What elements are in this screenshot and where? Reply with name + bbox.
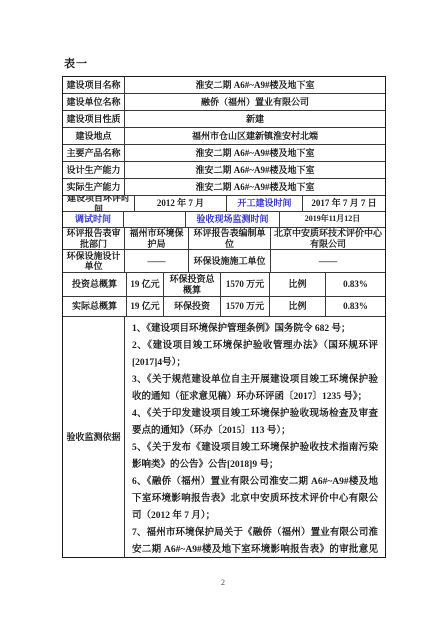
row-value: 淮安二期 A6#~A9#楼及地下室 <box>125 162 385 178</box>
eia-time-value: 2012 年 7 月 <box>135 196 227 211</box>
table-row-eia-time: 建设项目环评时间 2012 年 7 月 开工建设时间 2017 年 7 月 7 … <box>63 196 385 212</box>
env-budget-value: 1570 万元 <box>221 273 270 296</box>
ratio-label: 比例 <box>270 297 326 316</box>
table-row-facility-units: 环保设施设计单位 —— 环保设施施工单位 —— <box>63 250 385 273</box>
construction-unit-value: —— <box>271 250 385 272</box>
table-row-budget-estimate: 投资总概算 19 亿元 环保投资总概算 1570 万元 比例 0.83% <box>63 273 385 297</box>
table-row-main-product: 主要产品名称 淮安二期 A6#~A9#楼及地下室 <box>63 145 385 162</box>
basis-item: 4、《关于印发建设项目竣工环境保护验收现场检查及审查要点的通知》（环办〔2015… <box>132 406 378 440</box>
approval-dept-label: 环评报告表审批部门 <box>63 228 125 249</box>
row-value: 淮安二期 A6#~A9#楼及地下室 <box>125 179 385 195</box>
row-label: 设计生产能力 <box>63 162 125 178</box>
acceptance-monitor-time-label: 验收现场监测时间 <box>186 212 280 227</box>
design-unit-value: —— <box>125 250 189 272</box>
table-title: 表一 <box>64 55 88 71</box>
row-label: 建设地点 <box>63 128 125 144</box>
total-budget-value: 19 亿元 <box>127 273 164 296</box>
basis-item: 6、《融侨（福州）置业有限公司淮安二期 A6#~A9#楼及地下室环境影响报告表》… <box>132 474 378 525</box>
table-row-project-nature: 建设项目性质 新建 <box>63 111 385 128</box>
table-row-location: 建设地点 福州市仓山区建新镇淮安村北端 <box>63 128 385 145</box>
total-budget-label: 投资总概算 <box>63 273 127 296</box>
debug-time-value <box>124 212 186 227</box>
table-row-budget-actual: 实际总概算 19 亿元 环保投资 1570 万元 比例 0.83% <box>63 297 385 317</box>
ratio-value: 0.83% <box>326 297 385 316</box>
table-row-acceptance-basis: 验收监测依据 1、《建设项目环境保护管理条例》国务院令 682 号； 2、《建设… <box>63 317 385 557</box>
acceptance-monitor-time-value: 2019年11月12日 <box>280 212 385 227</box>
basis-item: 3、《关于规范建设单位自主开展建设项目竣工环境保护验收的通知（征求意见稿）环办环… <box>132 372 378 406</box>
row-value: 融侨（福州）置业有限公司 <box>125 94 385 110</box>
actual-budget-label: 实际总概算 <box>63 297 127 316</box>
basis-item: 7、福州市环境保护局关于《融侨（福州）置业有限公司淮安二期 A6#~A9#楼及地… <box>132 525 378 557</box>
row-value: 新建 <box>125 111 385 127</box>
row-value: 淮安二期 A6#~A9#楼及地下室 <box>125 145 385 161</box>
row-label: 建设项目名称 <box>63 77 125 93</box>
debug-time-label: 调试时间 <box>63 212 124 227</box>
env-invest-value: 1570 万元 <box>221 297 270 316</box>
row-label: 实际生产能力 <box>63 179 125 195</box>
acceptance-basis-label: 验收监测依据 <box>63 317 125 557</box>
ratio-value: 0.83% <box>326 273 385 296</box>
report-compiler-label: 环评报告表编制单位 <box>189 228 271 249</box>
design-unit-label: 环保设施设计单位 <box>63 250 125 272</box>
env-invest-label: 环保投资 <box>164 297 221 316</box>
eia-time-label: 建设项目环评时间 <box>63 196 135 211</box>
basis-item: 1、《建设项目环境保护管理条例》国务院令 682 号； <box>132 321 378 338</box>
row-label: 主要产品名称 <box>63 145 125 161</box>
table-row-monitor-time: 调试时间 验收现场监测时间 2019年11月12日 <box>63 212 385 228</box>
actual-budget-value: 19 亿元 <box>127 297 164 316</box>
project-info-table: 建设项目名称 淮安二期 A6#~A9#楼及地下室 建设单位名称 融侨（福州）置业… <box>62 76 386 558</box>
basis-item: 5、《关于发布《建设项目竣工环境保护验收技术指南污染影响类》的公告》公告[201… <box>132 440 378 474</box>
table-row-agencies: 环评报告表审批部门 福州市环境保护局 环评报告表编制单位 北京中安质环技术评价中… <box>63 228 385 250</box>
acceptance-basis-list: 1、《建设项目环境保护管理条例》国务院令 682 号； 2、《建设项目竣工环境保… <box>125 317 385 557</box>
page-number: 2 <box>0 578 446 587</box>
construction-unit-label: 环保设施施工单位 <box>189 250 271 272</box>
construction-start-value: 2017 年 7 月 7 日 <box>303 196 385 211</box>
construction-start-label: 开工建设时间 <box>227 196 303 211</box>
document-page: 表一 建设项目名称 淮安二期 A6#~A9#楼及地下室 建设单位名称 融侨（福州… <box>0 0 446 630</box>
table-row-unit-name: 建设单位名称 融侨（福州）置业有限公司 <box>63 94 385 111</box>
row-value: 福州市仓山区建新镇淮安村北端 <box>125 128 385 144</box>
report-compiler-value: 北京中安质环技术评价中心有限公司 <box>271 228 385 249</box>
ratio-label: 比例 <box>270 273 326 296</box>
table-row-project-name: 建设项目名称 淮安二期 A6#~A9#楼及地下室 <box>63 77 385 94</box>
basis-item: 2、《建设项目竣工环境保护验收管理办法》（国环规环评[2017]4号）； <box>132 338 378 372</box>
row-value: 淮安二期 A6#~A9#楼及地下室 <box>125 77 385 93</box>
row-label: 建设项目性质 <box>63 111 125 127</box>
row-label: 建设单位名称 <box>63 94 125 110</box>
approval-dept-value: 福州市环境保护局 <box>125 228 189 249</box>
env-budget-label: 环保投资总概算 <box>164 273 221 296</box>
table-row-design-capacity: 设计生产能力 淮安二期 A6#~A9#楼及地下室 <box>63 162 385 179</box>
table-row-actual-capacity: 实际生产能力 淮安二期 A6#~A9#楼及地下室 <box>63 179 385 196</box>
